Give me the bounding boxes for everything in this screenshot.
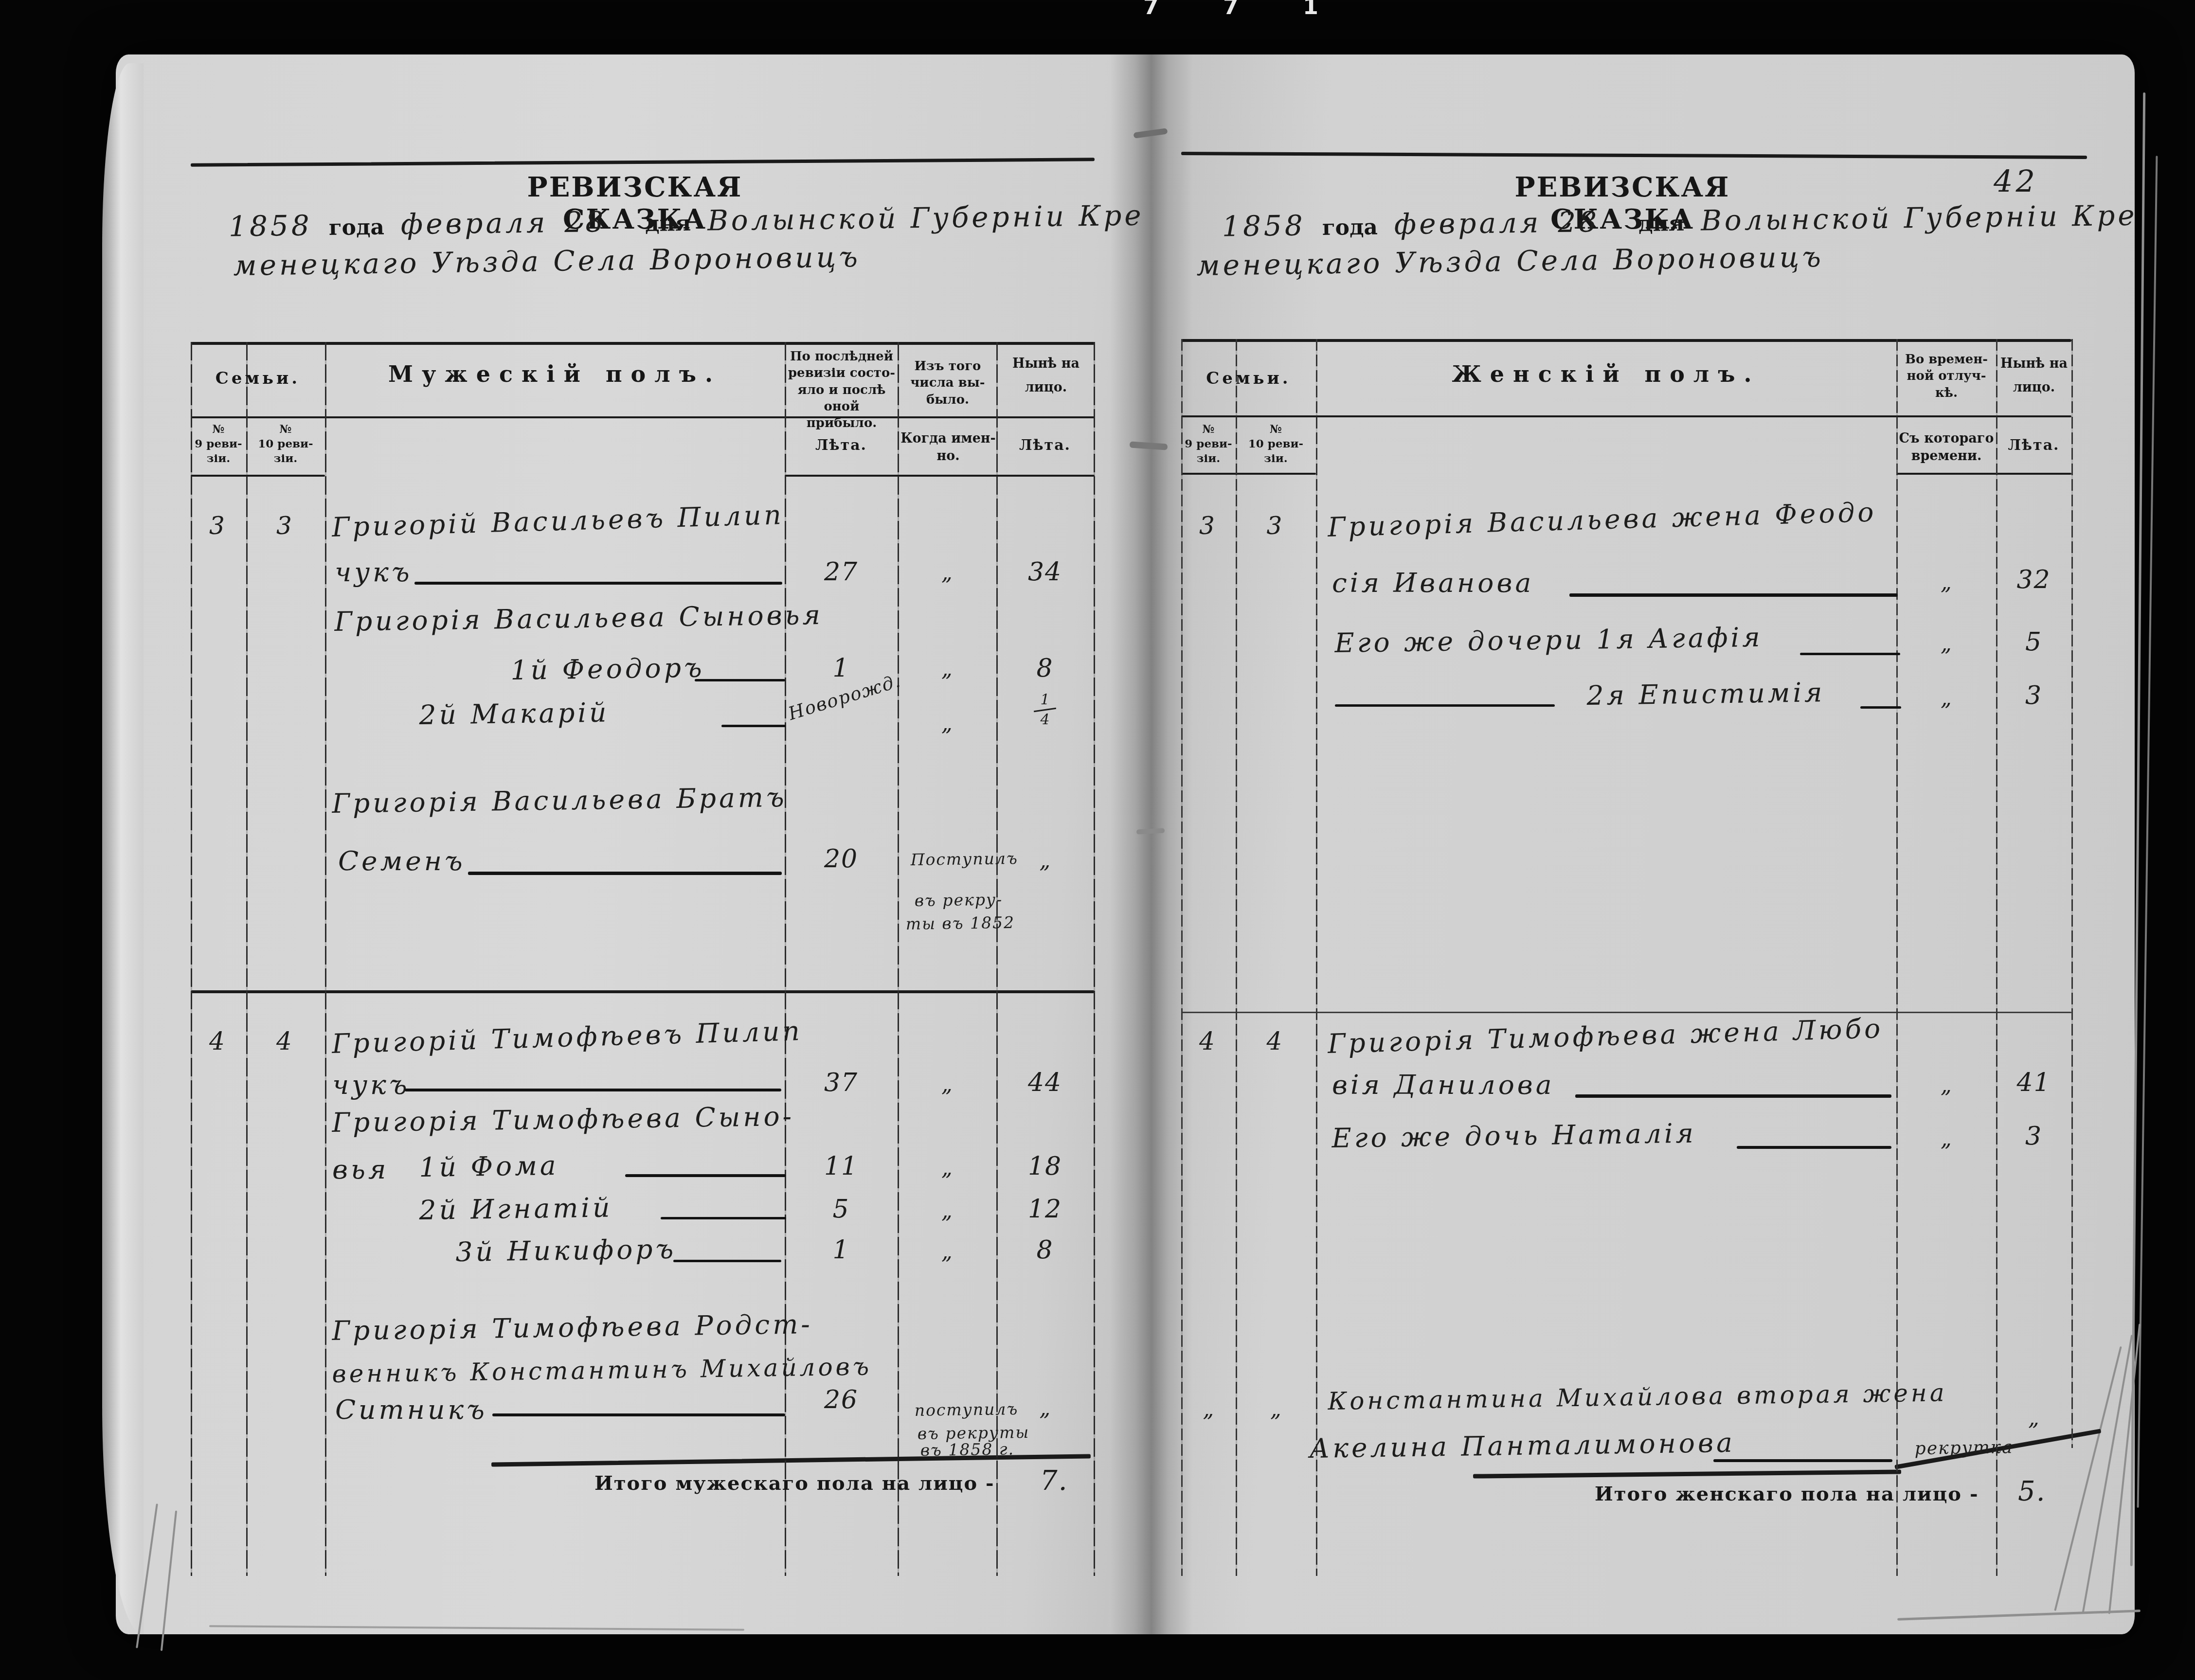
- family3-son1-out-ditto: „: [898, 657, 996, 681]
- right-date-year: 1858: [1222, 209, 1306, 243]
- family4-no-rev9-f: 4: [1181, 1027, 1236, 1055]
- right-col-line: [1996, 339, 1997, 1576]
- left-header-now-present: Нынѣ на лицо.: [998, 352, 1094, 399]
- fraction-denominator: 4: [1040, 713, 1049, 727]
- right-family-divider: [1181, 1012, 2071, 1013]
- family3-no-rev10: 3: [246, 512, 325, 540]
- page-stack-edge: [2137, 156, 2158, 1508]
- fill-line: [468, 872, 782, 875]
- right-subheader-since: Съ котораго времени.: [1899, 430, 1994, 465]
- recruitwife-recruit-note: рекрутка: [1914, 1437, 2013, 1459]
- fraction-numerator: 1: [1040, 693, 1049, 707]
- left-header-sex: Мужескій полъ.: [325, 361, 785, 387]
- right-subheader-rev9: № 9 реви- зіи.: [1181, 422, 1236, 466]
- family3-wife-age: 32: [1996, 565, 2071, 594]
- family4-relative-age-prev: 26: [785, 1385, 898, 1414]
- family3-brother-recruit-note3: ты въ 1852: [905, 913, 1015, 933]
- family4-head-name-line2: чукъ: [332, 1069, 410, 1100]
- right-header-family: Семьи.: [1181, 369, 1316, 388]
- family3-brother-now-ditto: „: [996, 848, 1094, 873]
- family4-son3-out-ditto: „: [898, 1239, 996, 1264]
- right-total-label: Итого женскаго пола на лицо -: [1595, 1483, 1979, 1505]
- right-header-absence: Во времен- ной отлуч- кѣ.: [1899, 351, 1994, 401]
- family4-son2-age-now: 12: [996, 1195, 1094, 1224]
- right-date-month: февраля: [1394, 206, 1541, 241]
- fill-line: [1335, 704, 1555, 707]
- left-date-day-label: дня: [645, 211, 691, 236]
- left-date-month: февраля: [400, 206, 548, 241]
- right-date-place: Волынской Губерніи Кре: [1701, 199, 2138, 237]
- left-date-year-label: года: [328, 215, 384, 240]
- family4-no-rev10: 4: [246, 1027, 325, 1055]
- family4-son1-out-ditto: „: [898, 1156, 996, 1180]
- family4-son3-name: 3й Никифоръ: [455, 1233, 676, 1268]
- family3-brother-name: Семенъ: [338, 845, 466, 876]
- left-subheader-divider: [191, 475, 325, 477]
- fill-line: [1737, 1146, 1891, 1149]
- right-table-top-border: [1181, 339, 2071, 342]
- family3-wife-since-ditto: „: [1896, 570, 1996, 595]
- left-subheader-when: Когда имен- но.: [900, 430, 996, 465]
- family4-no-rev9: 4: [191, 1027, 246, 1055]
- family3-son2-name: 2й Макарій: [419, 697, 610, 731]
- family4-head-age-now: 44: [996, 1068, 1094, 1097]
- left-subheader-rev9: № 9 реви- зіи.: [191, 422, 246, 466]
- family4-wife-name-line2: вія Данилова: [1332, 1069, 1555, 1100]
- family3-daughter1-age: 5: [1996, 627, 2071, 657]
- fill-line: [661, 1217, 786, 1219]
- family3-son2-age-fraction: 1 4: [1030, 693, 1060, 727]
- family3-brother-recruit-note2: въ рекру-: [914, 890, 1003, 910]
- family3-head-age-prev: 27: [785, 557, 898, 587]
- right-subheader-divider: [1896, 473, 2071, 475]
- right-date-day-label: дня: [1638, 211, 1685, 236]
- left-header-prev-revision: По послѣдней ревизіи состо- яло и послѣ …: [787, 348, 896, 432]
- family4-daughter-since-ditto: „: [1896, 1126, 1996, 1151]
- left-subheader-leta-prev: Лѣта.: [785, 437, 898, 454]
- left-col-line: [325, 342, 326, 1576]
- family4-sons-caption: Григорія Тимофѣева Сыно-: [332, 1101, 794, 1138]
- family3-daughter2-name: 2я Епистимія: [1586, 677, 1825, 711]
- family4-son2-age-prev: 5: [785, 1195, 898, 1224]
- fill-line: [492, 1413, 785, 1416]
- left-page-curled-edge: [102, 63, 144, 1634]
- family4-wife-since-ditto: „: [1896, 1073, 1996, 1098]
- fill-line: [1800, 653, 1900, 655]
- family4-son1-age-now: 18: [996, 1152, 1094, 1181]
- page-top-edge-glints: 7 7 1: [1143, 0, 1347, 19]
- family4-relative-recruit-note3: въ 1858 г.: [920, 1439, 1014, 1460]
- fill-line: [1575, 1094, 1891, 1098]
- fill-line: [1860, 706, 1901, 709]
- right-total-value: 5.: [2018, 1476, 2046, 1507]
- left-date-year: 1858: [229, 209, 312, 243]
- family3-no-rev10-f: 3: [1236, 512, 1316, 540]
- family4-son1-age-prev: 11: [785, 1152, 898, 1181]
- fill-line: [414, 582, 782, 585]
- left-header-family: Семьи.: [191, 369, 325, 388]
- left-subheader-divider: [785, 475, 1095, 477]
- family4-son2-name: 2й Игнатій: [419, 1192, 613, 1226]
- right-table-header-divider: [1181, 415, 2071, 417]
- right-col-line: [2071, 339, 2073, 1448]
- family3-head-age-now: 34: [996, 557, 1094, 587]
- recruitwife-now-ditto: „: [1996, 1406, 2071, 1430]
- recruitwife-name: Акелина Панталимонова: [1309, 1427, 1735, 1464]
- family3-son1-age-now: 8: [996, 654, 1094, 683]
- family3-wife-name-line2: сія Иванова: [1332, 567, 1534, 598]
- family3-son1-name: 1й Феодоръ: [510, 652, 705, 686]
- left-date-place: Волынской Губерніи Кре: [707, 199, 1144, 237]
- family4-wife-age: 41: [1996, 1068, 2071, 1097]
- left-total-value: 7.: [1040, 1465, 1068, 1497]
- left-col-line: [898, 342, 899, 1576]
- left-subheader-leta-now: Лѣта.: [996, 437, 1094, 454]
- left-total-label: Итого мужескаго пола на лицо -: [594, 1472, 995, 1495]
- fill-line: [1713, 1459, 1892, 1462]
- right-header-sex: Женскій полъ.: [1316, 361, 1896, 387]
- recruitwife-no-rev10-ditto: „: [1236, 1397, 1316, 1422]
- family4-relative-now-ditto: „: [996, 1396, 1094, 1421]
- right-subheader-divider: [1181, 473, 1316, 475]
- right-header-now-present: Нынѣ на лицо.: [1997, 352, 2070, 399]
- family4-no-rev10-f: 4: [1236, 1027, 1316, 1055]
- right-subheader-leta: Лѣта.: [1996, 437, 2071, 454]
- left-header-departed: Изъ того числа вы- было.: [900, 358, 995, 408]
- book-spine-shadow: [1110, 54, 1193, 1634]
- right-date-day: 28: [1558, 205, 1600, 239]
- family3-daughter1-since-ditto: „: [1896, 631, 1996, 656]
- family3-no-rev9-f: 3: [1181, 512, 1236, 540]
- fill-line: [1569, 593, 1898, 597]
- family4-son2-out-ditto: „: [898, 1198, 996, 1223]
- right-subheader-rev10: № 10 реви- зіи.: [1236, 422, 1316, 466]
- left-col-line: [1094, 342, 1095, 1576]
- family4-daughter-age: 3: [1996, 1122, 2071, 1151]
- family3-son2-out-ditto: „: [898, 711, 996, 736]
- right-date-year-label: года: [1322, 215, 1378, 240]
- family3-no-rev9: 3: [191, 512, 246, 540]
- family4-son3-age-prev: 1: [785, 1235, 898, 1265]
- family3-daughter2-age: 3: [1996, 681, 2071, 710]
- page-number: 42: [1994, 163, 2038, 199]
- fill-line: [721, 725, 786, 727]
- family4-head-out-ditto: „: [898, 1072, 996, 1097]
- family4-daughter-name: Его же дочь Наталія: [1331, 1118, 1696, 1154]
- family3-brother-caption: Григорія Васильева Братъ: [332, 782, 787, 819]
- left-subheader-rev10: № 10 реви- зіи.: [246, 422, 325, 466]
- family3-head-name-line2: чукъ: [335, 556, 413, 588]
- fill-line: [673, 1260, 781, 1262]
- left-date-day: 28: [564, 205, 607, 239]
- family4-son3-age-now: 8: [996, 1235, 1094, 1265]
- family4-son1-name: 1й Фома: [419, 1150, 559, 1183]
- fill-line: [405, 1089, 781, 1091]
- family4-head-age-prev: 37: [785, 1068, 898, 1097]
- family4-relative-name: Ситникъ: [335, 1394, 487, 1425]
- family3-brother-age-prev: 20: [785, 844, 898, 874]
- fill-line: [625, 1174, 786, 1177]
- family3-head-out-ditto: „: [898, 560, 996, 585]
- recruitwife-no-rev9-ditto: „: [1181, 1397, 1236, 1422]
- family3-daughter2-since-ditto: „: [1896, 686, 1996, 711]
- family4-sons-caption-cont: вья: [332, 1154, 389, 1185]
- family3-daughter1-name: Его же дочери 1я Агафія: [1334, 622, 1763, 659]
- right-col-line: [1316, 339, 1317, 1576]
- fill-line: [695, 679, 785, 681]
- left-col-line: [996, 342, 998, 1576]
